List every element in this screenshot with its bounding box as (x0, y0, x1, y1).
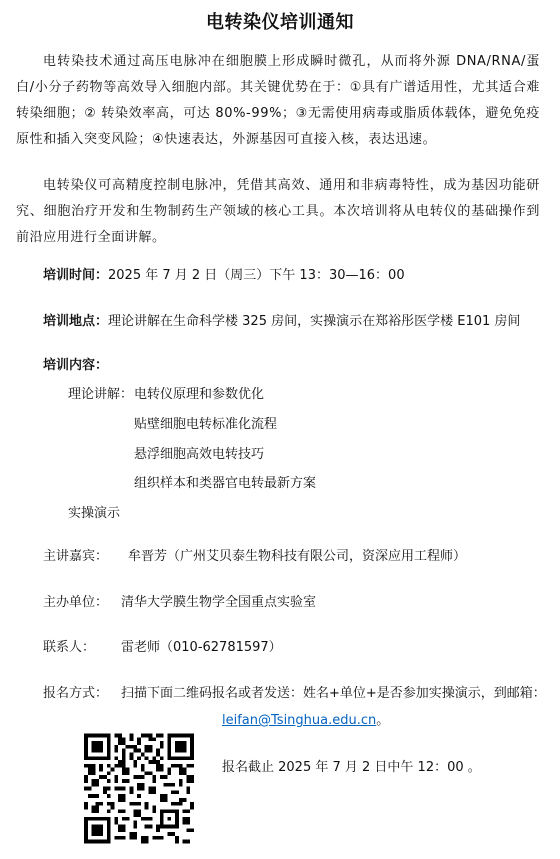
intro-paragraph-2: 电转染仪可高精度控制电脉冲，凭借其高效、通用和非病毒特性，成为基因功能研究、细胞… (16, 173, 540, 251)
registration-value: 扫描下面二维码报名或者发送：姓名+单位+是否参加实操演示，到邮箱： (121, 684, 546, 704)
training-content-label: 培训内容： (43, 356, 108, 376)
contact-value: 雷老师（010-62781597） (121, 638, 282, 658)
training-location-value: 理论讲解在生命科学楼 325 房间，实操演示在郑裕彤医学楼 E101 房间 (108, 314, 520, 329)
theory-item: 电转仪原理和参数优化 (134, 385, 264, 405)
theory-item: 组织样本和类器官电转最新方案 (134, 474, 316, 494)
intro-paragraph-1: 电转染技术通过高压电脉冲在细胞膜上形成瞬时微孔，从而将外源 DNA/RNA/蛋白… (16, 49, 540, 153)
contact-label: 联系人： (43, 638, 95, 658)
practice-label: 实操演示 (68, 504, 120, 524)
theory-label: 理论讲解： (68, 385, 133, 405)
training-time-value: 2025 年 7 月 2 日（周三）下午 13：30—16：00 (108, 268, 405, 283)
registration-deadline: 报名截止 2025 年 7 月 2 日中午 12：00 。 (222, 758, 481, 778)
training-time-row: 培训时间：2025 年 7 月 2 日（周三）下午 13：30—16：00 (43, 266, 405, 286)
qr-code-icon[interactable] (84, 733, 194, 844)
training-time-label: 培训时间： (43, 268, 108, 283)
theory-item: 悬浮细胞高效电转技巧 (134, 445, 264, 465)
organizer-label: 主办单位： (43, 593, 108, 613)
training-location-label: 培训地点： (43, 314, 108, 329)
theory-item: 贴壁细胞电转标准化流程 (134, 415, 277, 435)
registration-label: 报名方式： (43, 684, 108, 704)
organizer-value: 清华大学膜生物学全国重点实验室 (121, 593, 316, 613)
registration-email-row: leifan@Tsinghua.edu.cn。 (222, 711, 389, 731)
training-location-row: 培训地点：理论讲解在生命科学楼 325 房间，实操演示在郑裕彤医学楼 E101 … (43, 312, 520, 332)
speaker-value: 牟晋芳（广州艾贝泰生物科技有限公司，资深应用工程师） (128, 547, 466, 567)
registration-email-link[interactable]: leifan@Tsinghua.edu.cn (222, 713, 376, 728)
email-suffix: 。 (376, 713, 389, 728)
page-title: 电转染仪培训通知 (0, 8, 560, 34)
speaker-label: 主讲嘉宾： (43, 547, 108, 567)
